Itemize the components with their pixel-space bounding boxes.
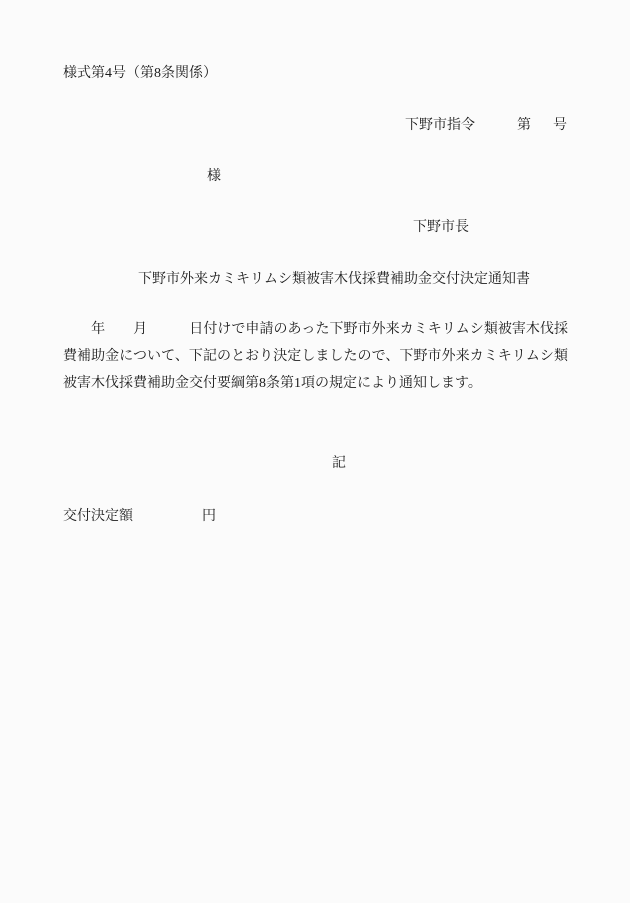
record-heading: 記 (332, 455, 346, 473)
body-line: 被害木伐採費補助金交付要綱第8条第1項の規定により通知します。 (63, 370, 568, 397)
body-paragraph: 年 月 日付けで申請のあった下野市外来カミキリムシ類被害木伐採 費補助金について… (63, 316, 568, 397)
addressee-honorific: 様 (207, 168, 221, 186)
grant-amount-label: 交付決定額 (63, 508, 133, 526)
body-line: 費補助金について、下記のとおり決定しましたので、下野市外来カミキリムシ類 (63, 343, 568, 370)
directive-issuer: 下野市指令 (405, 117, 475, 135)
grant-amount-unit: 円 (202, 508, 216, 526)
form-number: 様式第4号（第8条関係） (63, 65, 217, 83)
document-title: 下野市外来カミキリムシ類被害木伐採費補助金交付決定通知書 (138, 271, 530, 289)
directive-number-prefix: 第 (517, 117, 531, 135)
body-line: 年 月 日付けで申請のあった下野市外来カミキリムシ類被害木伐採 (63, 316, 568, 343)
document-page: 様式第4号（第8条関係） 下野市指令 第 号 様 下野市長 下野市外来カミキリム… (0, 0, 630, 903)
sender-title: 下野市長 (413, 219, 469, 237)
directive-number-suffix: 号 (553, 117, 567, 135)
